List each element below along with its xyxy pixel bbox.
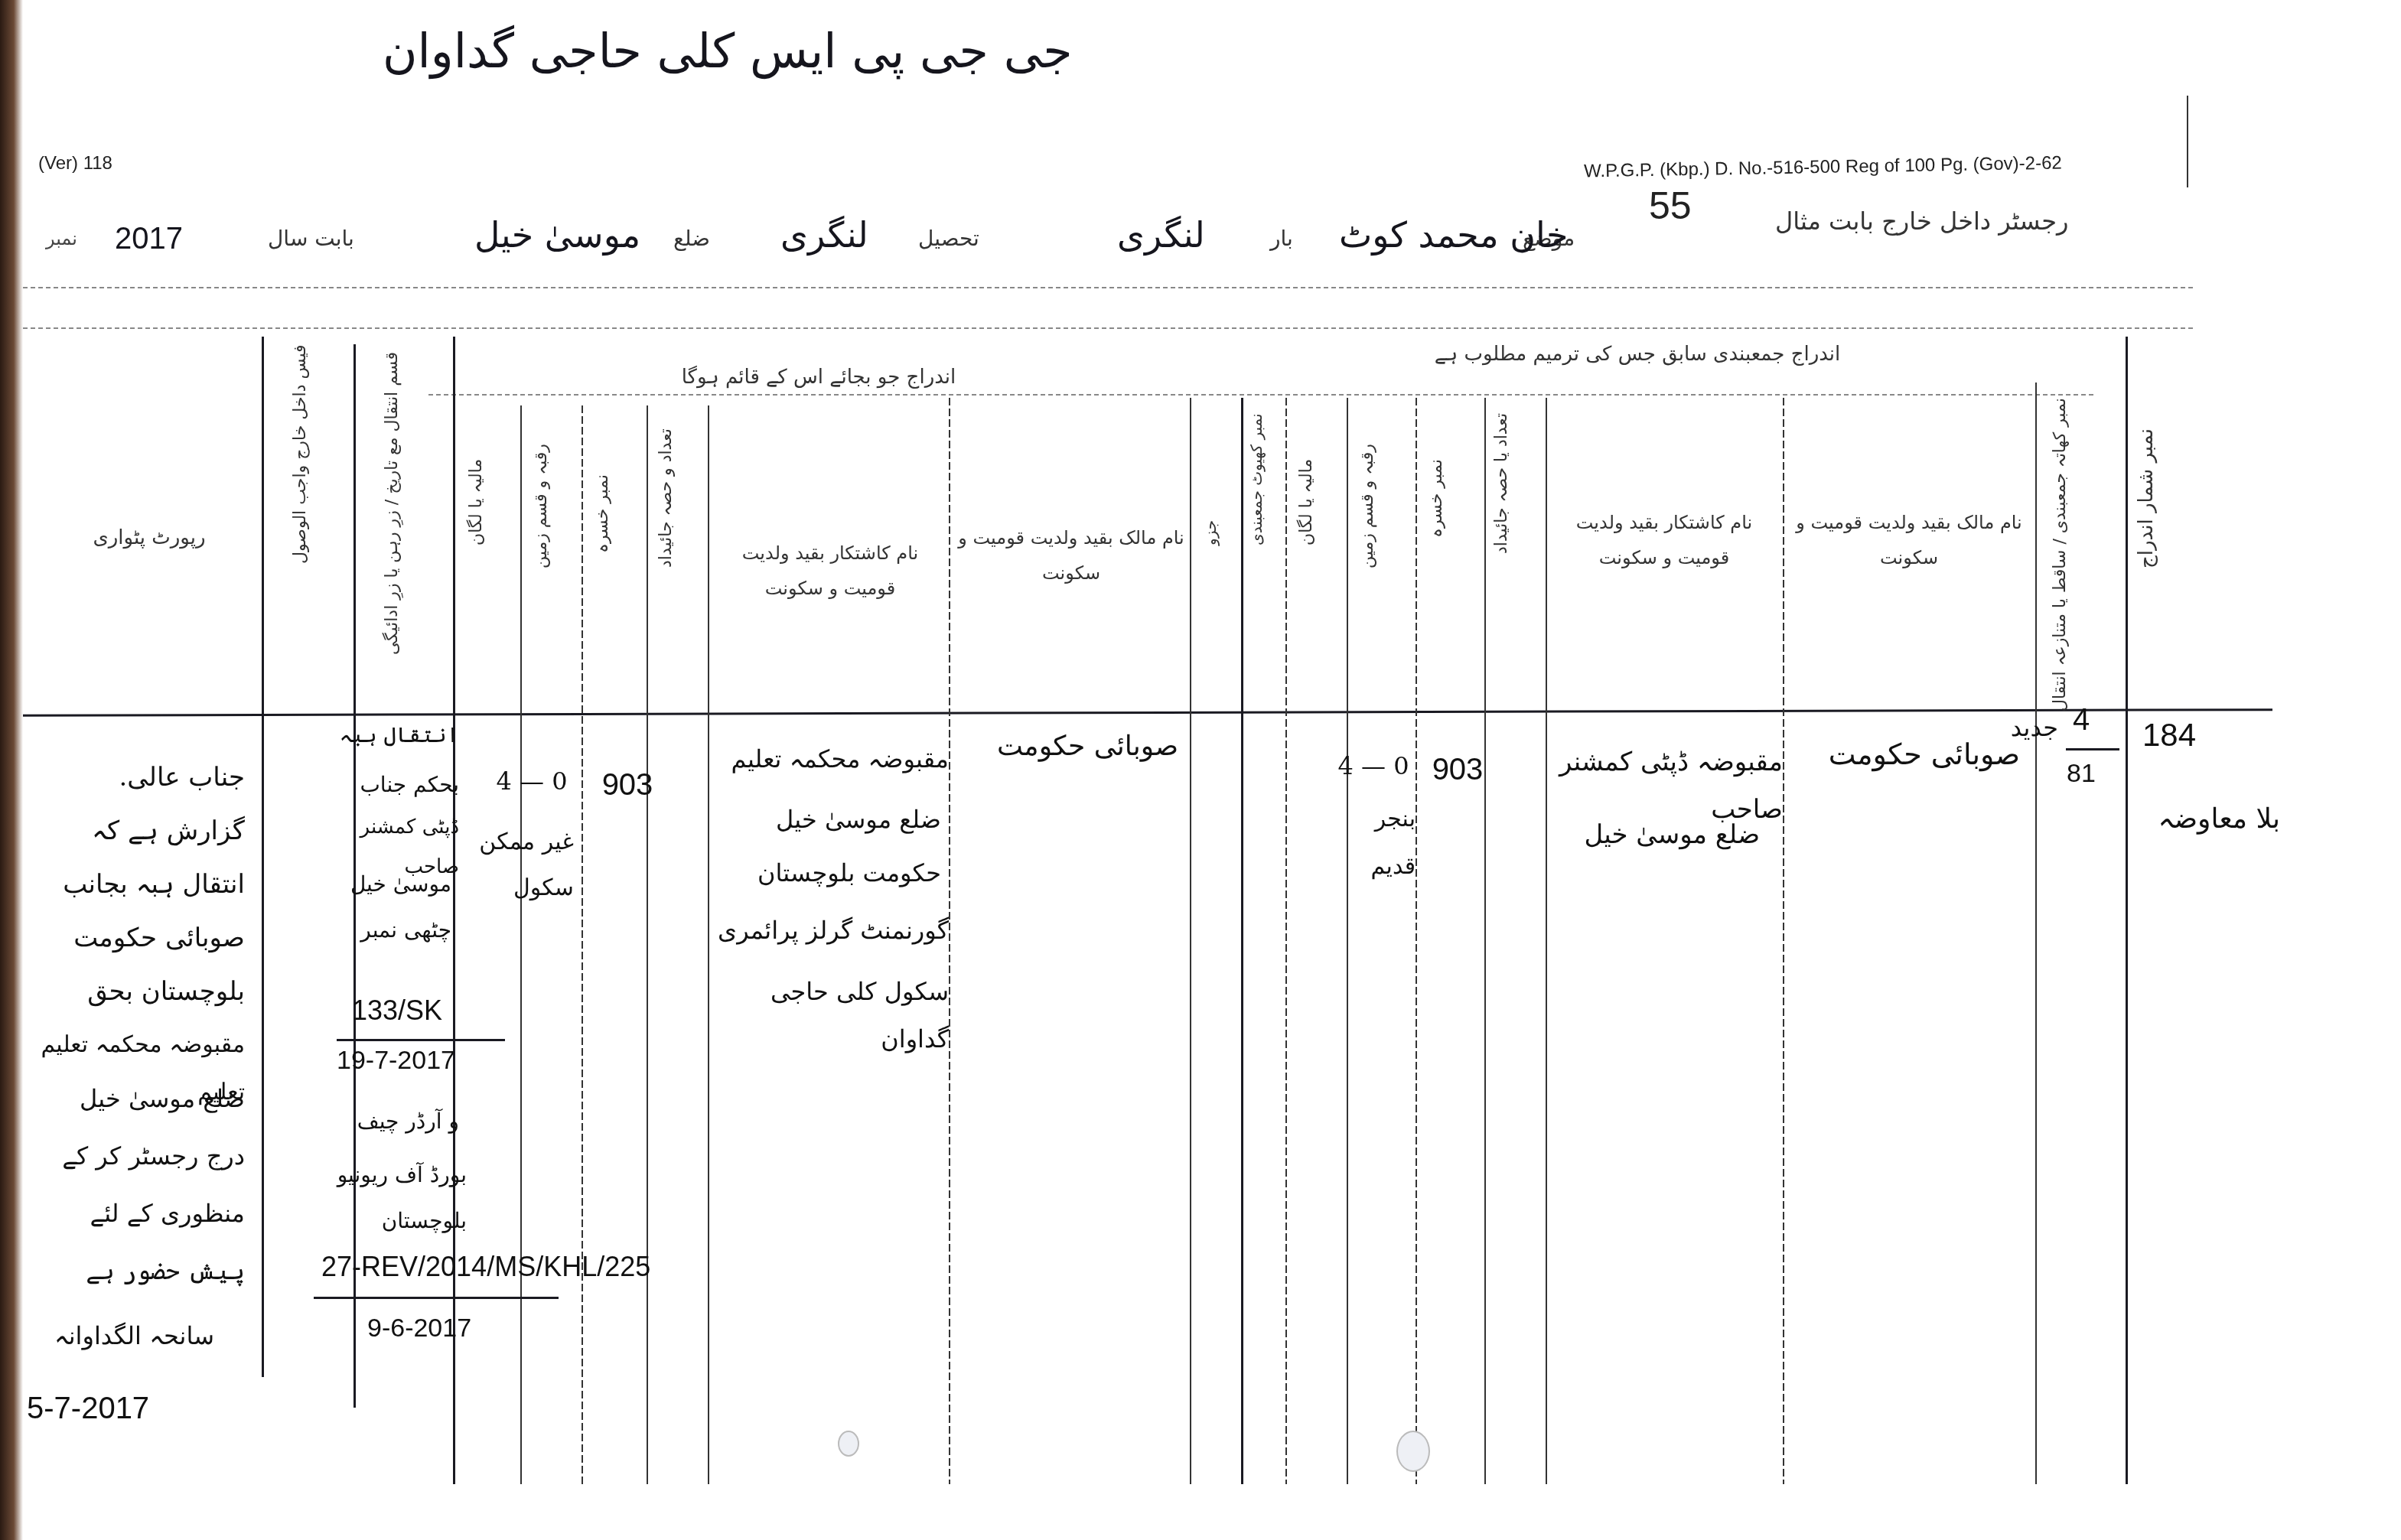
form-code-left: (Ver) 118: [38, 153, 112, 174]
cell-land-new-3: سکول: [474, 864, 574, 912]
district-label: ضلع: [673, 226, 710, 251]
cell-khasra-old: 903: [1423, 746, 1492, 793]
cell-cultivator-new-5: سکول کلی حاجی گداوان: [696, 968, 949, 1063]
col-header-khasra-new: نمبر خسرہ: [593, 474, 612, 673]
header-rule-1: [23, 287, 2196, 288]
col-header-khewat-new: نمبر کھیوٹ جمعبندی: [1247, 413, 1266, 673]
cell-serial: 184: [2142, 711, 2234, 759]
col-header-khasra-old: نمبر خسرہ: [1427, 459, 1446, 650]
form-code-right: W.P.G.P. (Kbp.) D. No.-516-500 Reg of 10…: [1584, 153, 2062, 183]
col-header-land-old: رقبہ و قسم زمین: [1358, 444, 1377, 673]
col-line: [582, 405, 583, 1484]
cell-report-10: پیش حضور ہے: [31, 1247, 245, 1294]
col-header-serial: نمبر شمار اندراج: [2135, 428, 2158, 681]
revenue-register-page: جی جی پی ایس کلی حاجی گداوان (Ver) 118 W…: [0, 0, 2401, 1540]
number-label: نمبر: [46, 228, 77, 249]
col-line: [1190, 398, 1191, 1484]
col-header-share-new: جزو: [1201, 520, 1220, 612]
cell-report-7: ضلع موسیٰ خیل: [23, 1075, 245, 1122]
col-line: [1546, 398, 1547, 1484]
cell-mutation-7: و آرڈر چیف: [329, 1102, 459, 1141]
col-header-revenue-old: مالیہ یا لگان: [1297, 459, 1316, 658]
cell-land-new-1: 4 — 0: [482, 757, 582, 805]
group-header-new: اندراج جو بجائے اس کے قائم ہوگا: [474, 360, 1163, 395]
cell-mutation-1: انتقال ہبہ: [329, 715, 459, 755]
cell-report-9: منظوری کے لئے: [31, 1190, 245, 1237]
col-header-mutation: قسم انتقال مع تاریخ / زرِ رہن یا زرِ ادا…: [383, 352, 402, 704]
mutation-rule-2: [314, 1297, 559, 1299]
col-line: [1285, 398, 1287, 1484]
col-header-khewat-old: نمبر کھاتہ جمعبندی / ساقط یا متنازعہ انت…: [2051, 398, 2070, 689]
cell-report-date: 5-7-2017: [27, 1385, 226, 1432]
cell-report-8: درج رجسٹر کر کے: [23, 1132, 245, 1180]
cell-cultivator-new-2: ضلع موسیٰ خیل: [712, 796, 941, 843]
col-line: [708, 405, 709, 1484]
cell-mutation-8: بورڈ آف ریونیو: [314, 1155, 467, 1195]
col-line: [2035, 383, 2037, 1484]
cell-mutation-ref: 133/SK: [352, 987, 482, 1034]
cell-report-3: انتقال ہبہ بجانب: [31, 861, 245, 908]
cell-land-new-2: غیر ممکن: [474, 819, 574, 866]
col-header-fee: فیس داخل خارج واجب الوصول: [291, 344, 310, 704]
cell-mutation-date-1: 19-7-2017: [337, 1037, 551, 1084]
col-header-land-new: رقبہ و قسم زمین: [532, 444, 551, 673]
col-header-owner-new: نام مالک بقید ولدیت قومیت و سکونت: [956, 520, 1186, 591]
col-line: [949, 398, 950, 1484]
cell-report-2: گزارش ہے کہ: [31, 807, 245, 855]
cell-cultivator-new-4: گورنمنٹ گرلز پرائمری: [712, 907, 949, 954]
cell-mutation-order: 27-REV/2014/MS/KHL/225: [321, 1243, 750, 1291]
scan-edge: [0, 0, 23, 1540]
mouza-value: خان محمد کوٹ: [1339, 214, 1569, 256]
col-line: [1241, 398, 1243, 1484]
cell-mutation-9: بلوچستان: [337, 1201, 467, 1241]
cell-khasra-new: 903: [589, 761, 666, 809]
col-header-area-new: تعداد و حصہ جائیداد: [656, 428, 676, 696]
col-line: [1347, 398, 1348, 1484]
cell-report-4: صوبائی حکومت: [31, 914, 245, 962]
year-label: بابت سال: [268, 226, 354, 251]
cell-mutation-date-2: 9-6-2017: [367, 1304, 566, 1352]
cell-khewat-top: 4: [2058, 696, 2104, 744]
cell-cultivator-old-2: ضلع موسیٰ خیل: [1553, 811, 1760, 858]
page-number: 55: [1649, 184, 1692, 228]
col-header-report: رپورٹ پٹواری: [46, 520, 252, 555]
col-line: [1484, 398, 1486, 1484]
col-header-owner-old: نام مالک بقید ولدیت قومیت و سکونت: [1790, 505, 2028, 575]
col-header-cultivator-old: نام کاشتکار بقید ولدیت قومیت و سکونت: [1553, 505, 1775, 575]
punch-hole: [838, 1431, 859, 1457]
tehsil-value: لنگری: [780, 214, 868, 256]
cell-report-5: بلوچستان بحق: [31, 968, 245, 1015]
cell-owner-old: صوبائی حکومت: [1798, 731, 2020, 778]
cell-cultivator-new-3: حکومت بلوچستان: [712, 849, 941, 897]
header-rule-2: [23, 327, 2196, 329]
patwar-label: بار: [1270, 226, 1293, 251]
cell-cultivator-new-1: مقبوضہ محکمہ تعلیم: [712, 734, 949, 783]
cell-report-1: جناب عالی.: [31, 754, 245, 801]
group-header-previous: اندراج جمعبندی سابق جس کی ترمیم مطلوب ہے: [1255, 337, 2020, 372]
patwar-value: لنگری: [1117, 214, 1205, 256]
col-header-area-old: تعداد یا حصہ جائیداد: [1492, 413, 1511, 681]
col-header-cultivator-new: نام کاشتکار بقید ولدیت قومیت و سکونت: [715, 536, 945, 606]
cell-mutation-4: موسیٰ خیل: [321, 864, 451, 904]
group-header-rule: [428, 394, 2096, 396]
year-value: 2017: [115, 222, 183, 256]
cell-serial-note: بلا معاوضہ: [2127, 796, 2280, 843]
cell-owner-new: صوبائی حکومت: [956, 723, 1178, 770]
punch-hole: [1396, 1431, 1430, 1472]
cell-report-signature: سانحہ الگداوانہ: [23, 1312, 214, 1359]
cell-khewat-bottom: 81: [2058, 750, 2104, 797]
cell-mutation-5: چٹھی نمبر: [337, 910, 451, 950]
col-line: [647, 405, 648, 1484]
tehsil-label: تحصیل: [918, 226, 979, 251]
top-annotation: جی جی پی ایس کلی حاجی گداوان: [383, 23, 1073, 79]
margin-rule: [2187, 96, 2188, 187]
col-header-revenue-new: مالیہ یا لگان: [467, 459, 486, 658]
col-line: [262, 337, 264, 1377]
col-line: [1416, 398, 1417, 1484]
cell-land-old-2: بنجر قدیم: [1331, 796, 1416, 890]
cell-land-old-1: 4 — 0: [1331, 742, 1416, 790]
col-line: [2126, 337, 2128, 1484]
col-line: [1783, 398, 1784, 1484]
register-title: رجسٹر داخل خارج بابت مثال: [1775, 207, 2068, 236]
district-value: موسیٰ خیل: [474, 214, 640, 256]
cell-mutation-2: بحکم جناب: [321, 765, 459, 805]
